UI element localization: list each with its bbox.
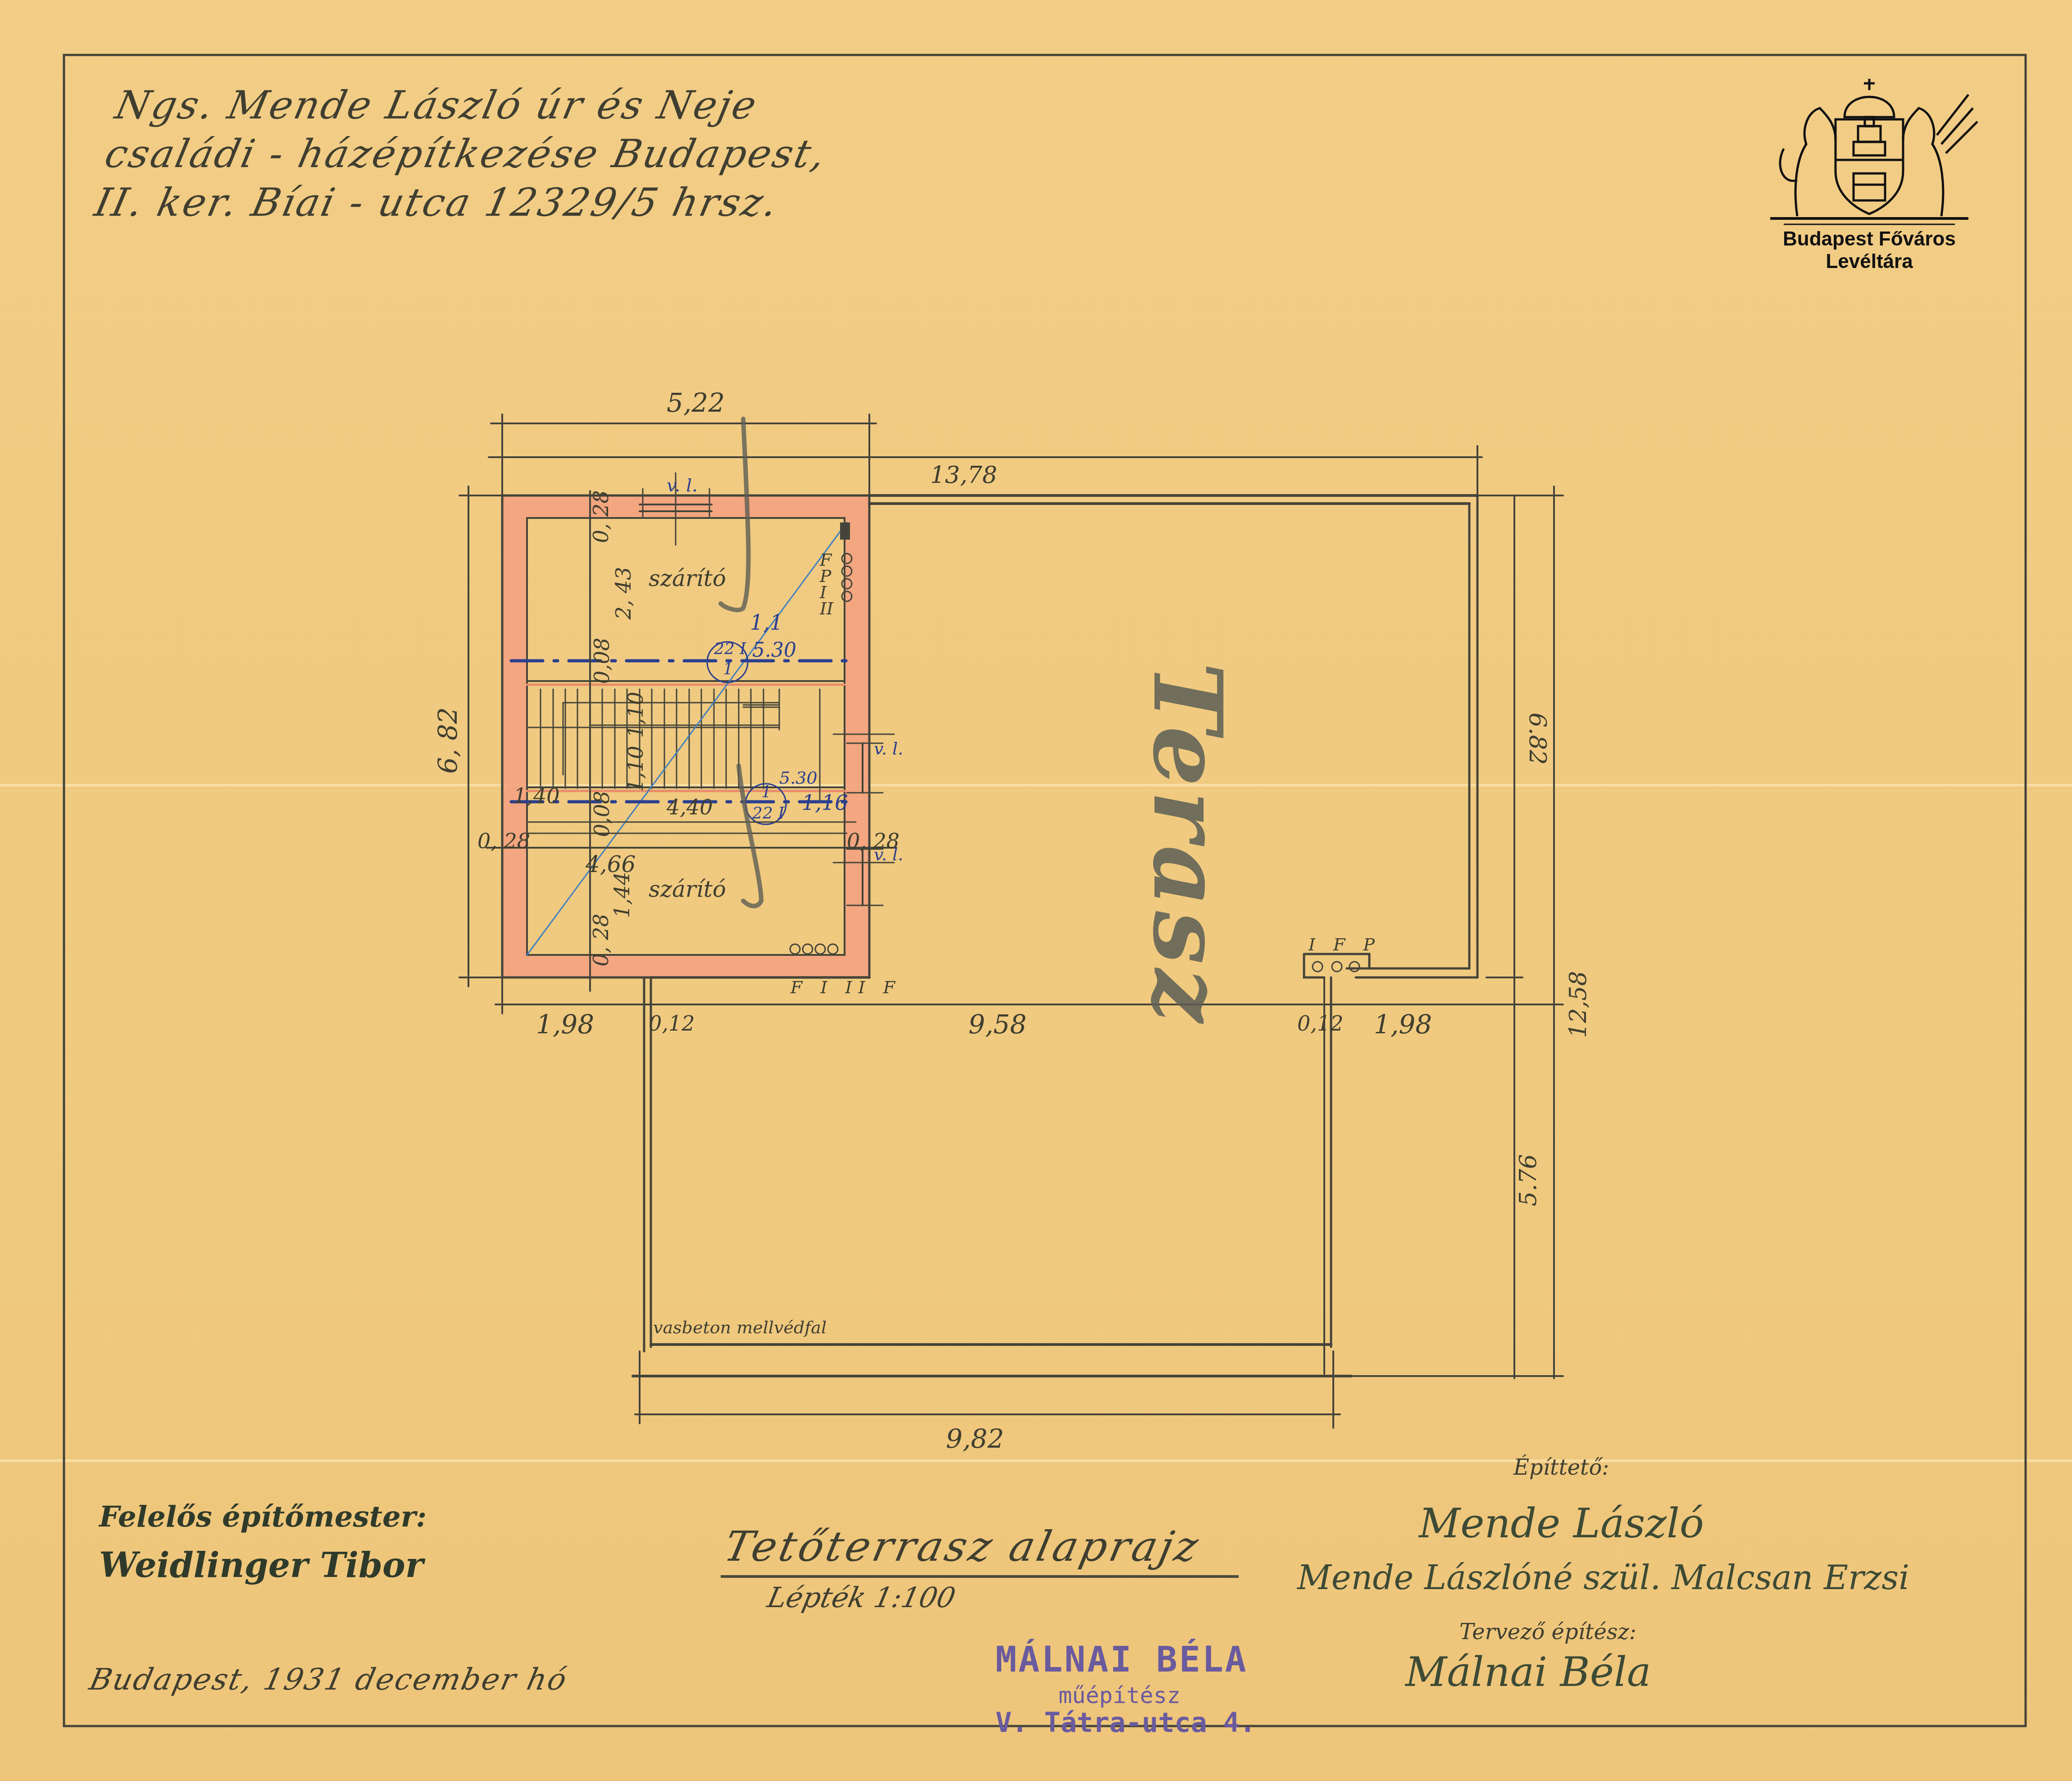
project-title-line: Ngs. Mende László úr és Neje [111, 81, 841, 130]
dimension-label: 1,98 [536, 1009, 594, 1040]
section-marker-bottom: 1 [723, 660, 733, 678]
dimension-label: 1,98 [1374, 1009, 1432, 1040]
dimension-label: 2, 43 [611, 567, 636, 619]
dimension-label: 0, 28 [589, 490, 613, 543]
plan-title-underline [721, 1575, 1239, 1578]
dimension-label: 0, 28 [477, 829, 530, 853]
dimension-label: 9,58 [968, 1009, 1027, 1040]
stair-annotation: 1,10 [623, 692, 648, 738]
project-title-line: II. ker. Bíai - utca 12329/5 hrsz. [91, 178, 821, 227]
master-builder-label: Felelős építőmester: [99, 1500, 427, 1534]
section-marker-top: 1 [761, 783, 772, 801]
chimney-labels-upper: F P I II [820, 552, 833, 617]
chimney-letter: F [820, 552, 833, 568]
dimension-label: 5,22 [667, 387, 725, 418]
archive-name: Budapest Főváros Levéltára [1748, 228, 1991, 273]
client-signature: Mende Lászlóné szül. Malcsan Erzsi [1297, 1558, 1909, 1597]
project-title-line: családi - házépítkezése Budapest, [101, 130, 832, 178]
dimension-label: 9,82 [946, 1423, 1004, 1454]
stair-annotation: 1,40 [513, 784, 559, 808]
architect-stamp-address: V. Tátra-utca 4. [995, 1707, 1256, 1739]
chimney-letter: F [883, 977, 901, 997]
master-builder-signature: Weidlinger Tibor [99, 1545, 423, 1585]
designer-label: Tervező építész: [1459, 1619, 1636, 1645]
dimension-label: 0, 28 [589, 913, 613, 966]
section-length: 5.30 [752, 639, 796, 662]
project-title-block: Ngs. Mende László úr és Neje családi - h… [91, 81, 842, 227]
dimension-label: 0,08 [590, 791, 614, 837]
client-label: Építtető: [1513, 1455, 1609, 1480]
section-length: 5.30 [779, 768, 818, 788]
architect-stamp-name: MÁLNAI BÉLA [995, 1640, 1248, 1680]
scale-label: Lépték 1:100 [764, 1581, 959, 1614]
plan-title: Tetőterrasz alaprajz [720, 1522, 1205, 1571]
section-marker-bottom: 22 I [752, 804, 784, 822]
chimney-letter: I [820, 584, 833, 600]
pencil-annotation: Terasz [1132, 662, 1243, 1027]
chimney-letter: F [1333, 935, 1351, 954]
dimension-label: 12,58 [1565, 971, 1592, 1038]
dimension-label: 1,44 [610, 872, 634, 918]
stair-annotation: 1,10 [623, 746, 648, 792]
room-label: szárító [649, 565, 726, 591]
faded-stamp [149, 311, 383, 784]
dimension-label: 5.76 [1515, 1154, 1542, 1206]
chimney-letter: P [820, 568, 833, 584]
parapet-label: vasbeton mellvédfal [653, 1318, 827, 1337]
chimney-labels-lower: F I II F [791, 977, 901, 997]
chimney-letter: I [1309, 935, 1322, 954]
window-label: v. l. [667, 475, 698, 496]
client-signature: Mende László [1419, 1500, 1704, 1547]
date-line: Budapest, 1931 december hó [86, 1662, 571, 1697]
chimney-letter: P [1363, 935, 1381, 954]
architect-stamp-title: műépítész [1059, 1682, 1181, 1708]
stair-annotation: 1,1 [750, 610, 783, 635]
sheet-border [64, 55, 2026, 1726]
stair-annotation: 4,40 [667, 795, 713, 819]
window-label: v. l. [874, 739, 903, 759]
archive-logo: Budapest Főváros Levéltára [1748, 77, 1991, 273]
dimension-label: 0,12 [1297, 1011, 1343, 1036]
stair-annotation: 1,16 [802, 791, 848, 815]
window-label: v. l. [874, 845, 903, 864]
dimension-label: 6, 82 [432, 707, 463, 774]
room-label: szárító [649, 876, 726, 902]
dimension-label: 0,08 [590, 638, 614, 684]
dimension-label: 0,12 [649, 1011, 695, 1036]
chimney-letter: I [820, 977, 833, 997]
chimney-labels-terrace: I F P [1309, 935, 1381, 954]
chimney-letter: II [845, 977, 872, 997]
section-marker-top: 22 I [714, 640, 746, 658]
dimension-label: 13,78 [930, 462, 997, 489]
chimney-letter: II [820, 600, 833, 617]
dimension-label: 6.82 [1524, 713, 1551, 765]
budapest-coat-of-arms-icon [1757, 77, 1982, 225]
designer-signature: Málnai Béla [1405, 1649, 1651, 1696]
chimney-letter: F [791, 977, 809, 997]
